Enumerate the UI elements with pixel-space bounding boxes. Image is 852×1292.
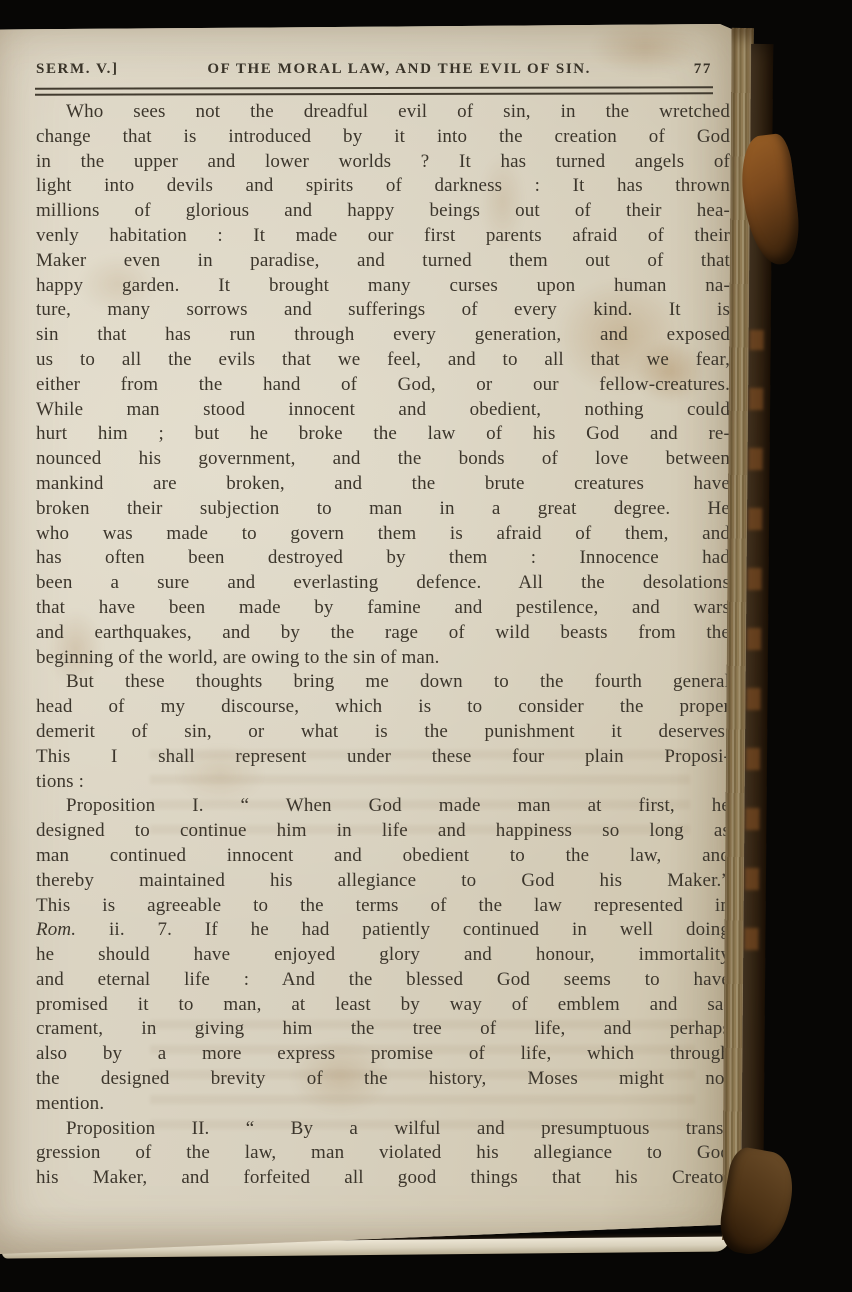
text-line: Rom. ii. 7. If he had patiently continue… [36,918,730,943]
text-line: tions : [36,770,730,795]
text-line: millions of glorious and happy beings ou… [36,199,730,224]
text-line: nounced his government, and the bonds of… [36,447,730,472]
book-page: SERM. V.] OF THE MORAL LAW, AND THE EVIL… [0,24,746,1254]
text-line: and eternal life : And the blessed God s… [36,968,730,993]
text-line: promised it to man, at least by way of e… [36,993,730,1018]
text-line: Proposition II. “ By a wilful and presum… [36,1117,730,1142]
text-line: the designed brevity of the history, Mos… [36,1067,730,1092]
text-line: sin that has run through every generatio… [36,323,730,348]
text-line: that have been made by famine and pestil… [36,596,730,621]
text-line: happy garden. It brought many curses upo… [36,274,730,299]
text-line: and earthquakes, and by the rage of wild… [36,621,730,646]
running-title: OF THE MORAL LAW, AND THE EVIL OF SIN. [119,61,694,78]
text-line: While man stood innocent and obedient, n… [36,398,730,423]
text-line: in the upper and lower worlds ? It has t… [36,150,730,175]
page-number: 77 [694,61,712,78]
text-line: who was made to govern them is afraid of… [36,522,730,547]
text-line: But these thoughts bring me down to the … [36,670,730,695]
text-line: Who sees not the dreadful evil of sin, i… [36,100,730,125]
text-line: he should have enjoyed glory and honour,… [36,943,730,968]
text-line: his Maker, and forfeited all good things… [36,1166,730,1191]
text-line: has often been destroyed by them : Innoc… [36,546,730,571]
text-line: venly habitation : It made our first par… [36,224,730,249]
text-block: Who sees not the dreadful evil of sin, i… [36,100,730,1191]
text-line: designed to continue him in life and hap… [36,819,730,844]
text-line: been a sure and everlasting defence. All… [36,571,730,596]
text-line: mankind are broken, and the brute creatu… [36,472,730,497]
double-rule [35,86,713,95]
text-line: Maker even in paradise, and turned them … [36,249,730,274]
text-line: Proposition I. “ When God made man at fi… [36,794,730,819]
text-line: head of my discourse, which is to consid… [36,695,730,720]
text-line: light into devils and spirits of darknes… [36,174,730,199]
text-line: This I shall represent under these four … [36,745,730,770]
text-line: thereby maintained his allegiance to God… [36,869,730,894]
running-header: SERM. V.] OF THE MORAL LAW, AND THE EVIL… [36,61,712,78]
text-line: mention. [36,1092,730,1117]
text-line: man continued innocent and obedient to t… [36,844,730,869]
sermon-number-label: SERM. V.] [36,61,119,78]
text-line: either from the hand of God, or our fell… [36,373,730,398]
text-line: ture, many sorrows and sufferings of eve… [36,298,730,323]
photo-background: SERM. V.] OF THE MORAL LAW, AND THE EVIL… [0,0,852,1292]
text-line: broken their subjection to man in a grea… [36,497,730,522]
text-line: change that is introduced by it into the… [36,125,730,150]
text-line: crament, in giving him the tree of life,… [36,1017,730,1042]
text-line: This is agreeable to the terms of the la… [36,894,730,919]
text-line: beginning of the world, are owing to the… [36,646,730,671]
text-line: hurt him ; but he broke the law of his G… [36,422,730,447]
text-line: gression of the law, man violated his al… [36,1141,730,1166]
text-line: us to all the evils that we feel, and to… [36,348,730,373]
text-line: demerit of sin, or what is the punishmen… [36,720,730,745]
text-line: also by a more express promise of life, … [36,1042,730,1067]
